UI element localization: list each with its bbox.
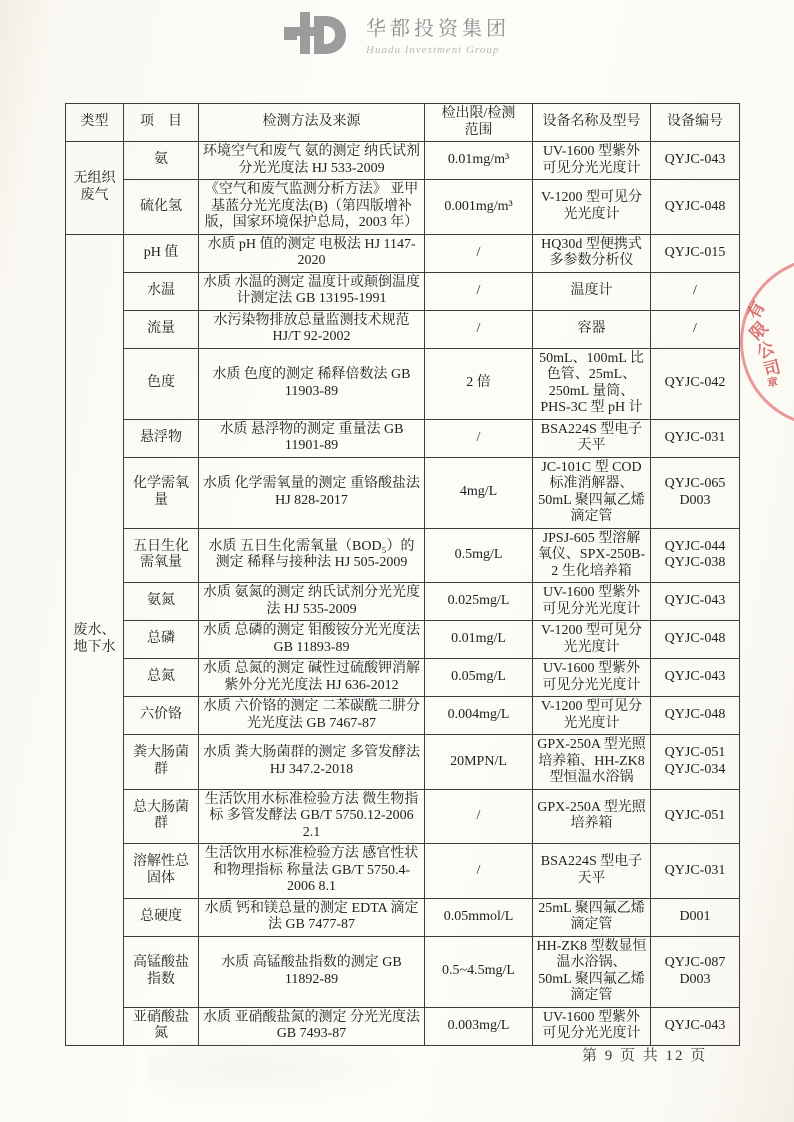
cell-method: 水质 高锰酸盐指数的测定 GB 11892-89 [199, 936, 425, 1007]
cell-limit: / [425, 844, 533, 899]
company-name-cn: 华都投资集团 [366, 12, 510, 41]
cell-item: 高锰酸盐 指数 [124, 936, 199, 1007]
cell-method: 水质 总氮的测定 碱性过硫酸钾消解紫外分光光度法 HJ 636-2012 [199, 659, 425, 697]
cell-limit: 0.004mg/L [425, 697, 533, 735]
cell-limit: 0.05mmol/L [425, 898, 533, 936]
cell-item: 氨 [124, 142, 199, 180]
cell-item: 粪大肠菌 群 [124, 735, 199, 790]
table-row: 五日生化 需氧量 水质 五日生化需氧量（BOD₅）的测定 稀释与接种法 HJ 5… [66, 528, 740, 583]
cell-item: 总硬度 [124, 898, 199, 936]
cell-equipment: GPX-250A 型光照培养箱 [533, 789, 651, 844]
cell-limit: 0.01mg/m³ [425, 142, 533, 180]
cell-item: 化学需氧 量 [124, 457, 199, 528]
cell-item: 溶解性总 固体 [124, 844, 199, 899]
cell-code: QYJC-044 QYJC-038 [651, 528, 740, 583]
table-row: 色度 水质 色度的测定 稀释倍数法 GB 11903-89 2 倍 50mL、1… [66, 348, 740, 419]
cell-equipment: UV-1600 型紫外可见分光光度计 [533, 583, 651, 621]
cell-code: / [651, 310, 740, 348]
cell-code: QYJC-048 [651, 180, 740, 235]
cell-method: 水质 五日生化需氧量（BOD₅）的测定 稀释与接种法 HJ 505-2009 [199, 528, 425, 583]
cell-code: QYJC-043 [651, 659, 740, 697]
col-header-limit: 检出限/检测 范围 [425, 104, 533, 142]
cell-equipment: JC-101C 型 COD 标准消解器、50mL 聚四氟乙烯滴定管 [533, 457, 651, 528]
col-header-code: 设备编号 [651, 104, 740, 142]
cell-limit: / [425, 310, 533, 348]
cell-equipment: V-1200 型可见分光光度计 [533, 621, 651, 659]
cell-item: 六价铬 [124, 697, 199, 735]
cell-method: 水质 悬浮物的测定 重量法 GB 11901-89 [199, 419, 425, 457]
col-header-equipment: 设备名称及型号 [533, 104, 651, 142]
cell-item: 流量 [124, 310, 199, 348]
cell-limit: / [425, 789, 533, 844]
seal-char: 司 [760, 352, 783, 380]
cell-type-group0: 无组织 废气 [66, 142, 124, 235]
cell-method: 水质 六价铬的测定 二苯碳酰二肼分光光度法 GB 7467-87 [199, 697, 425, 735]
cell-method: 水质 氨氮的测定 纳氏试剂分光光度法 HJ 535-2009 [199, 583, 425, 621]
table-row: 废水、 地下水 pH 值 水质 pH 值的测定 电极法 HJ 1147-2020… [66, 234, 740, 272]
page-header: 华都投资集团 Huadu Investment Group [0, 10, 794, 58]
col-header-item: 项 目 [124, 104, 199, 142]
cell-method: 生活饮用水标准检验方法 微生物指标 多管发酵法 GB/T 5750.12-200… [199, 789, 425, 844]
cell-code: QYJC-087 D003 [651, 936, 740, 1007]
detection-methods-table: 类型 项 目 检测方法及来源 检出限/检测 范围 设备名称及型号 设备编号 无组… [65, 103, 739, 1046]
table-row: 六价铬 水质 六价铬的测定 二苯碳酰二肼分光光度法 GB 7467-87 0.0… [66, 697, 740, 735]
cell-equipment: HH-ZK8 型数显恒温水浴锅、 50mL 聚四氟乙烯滴定管 [533, 936, 651, 1007]
cell-method: 水质 色度的测定 稀释倍数法 GB 11903-89 [199, 348, 425, 419]
cell-limit: 0.003mg/L [425, 1007, 533, 1045]
cell-code: QYJC-048 [651, 697, 740, 735]
cell-code: QYJC-043 [651, 1007, 740, 1045]
cell-code: QYJC-051 [651, 789, 740, 844]
seal-char: 有 [739, 296, 769, 323]
cell-limit: / [425, 234, 533, 272]
table-row: 化学需氧 量 水质 化学需氧量的测定 重铬酸盐法 HJ 828-2017 4mg… [66, 457, 740, 528]
table-row: 总氮 水质 总氮的测定 碱性过硫酸钾消解紫外分光光度法 HJ 636-2012 … [66, 659, 740, 697]
cell-code: QYJC-031 [651, 844, 740, 899]
cell-item: 色度 [124, 348, 199, 419]
cell-equipment: UV-1600 型紫外可见分光光度计 [533, 142, 651, 180]
cell-limit: / [425, 419, 533, 457]
seal-ring [740, 257, 794, 427]
table-row: 总大肠菌 群 生活饮用水标准检验方法 微生物指标 多管发酵法 GB/T 5750… [66, 789, 740, 844]
cell-code: / [651, 272, 740, 310]
col-header-method: 检测方法及来源 [199, 104, 425, 142]
cell-method: 水质 钙和镁总量的测定 EDTA 滴定法 GB 7477-87 [199, 898, 425, 936]
huadu-logo-icon [284, 10, 350, 58]
cell-equipment: V-1200 型可见分光光度计 [533, 180, 651, 235]
table-header-row: 类型 项 目 检测方法及来源 检出限/检测 范围 设备名称及型号 设备编号 [66, 104, 740, 142]
cell-code: D001 [651, 898, 740, 936]
cell-limit: / [425, 272, 533, 310]
cell-equipment: BSA224S 型电子天平 [533, 419, 651, 457]
table-row: 总磷 水质 总磷的测定 钼酸铵分光光度法 GB 11893-89 0.01mg/… [66, 621, 740, 659]
cell-equipment: 温度计 [533, 272, 651, 310]
page-number: 第 9 页 共 12 页 [582, 1044, 707, 1065]
table-row: 粪大肠菌 群 水质 粪大肠菌群的测定 多管发酵法 HJ 347.2-2018 2… [66, 735, 740, 790]
seal-char: 限 [743, 315, 773, 345]
table-row: 氨氮 水质 氨氮的测定 纳氏试剂分光光度法 HJ 535-2009 0.025m… [66, 583, 740, 621]
cell-limit: 0.01mg/L [425, 621, 533, 659]
cell-code: QYJC-042 [651, 348, 740, 419]
cell-limit: 0.025mg/L [425, 583, 533, 621]
cell-equipment: 容器 [533, 310, 651, 348]
cell-equipment: GPX-250A 型光照培养箱、HH-ZK8 型恒温水浴锅 [533, 735, 651, 790]
cell-code: QYJC-043 [651, 142, 740, 180]
cell-code: QYJC-048 [651, 621, 740, 659]
cell-equipment: V-1200 型可见分光光度计 [533, 697, 651, 735]
cell-equipment: HQ30d 型便携式多参数分析仪 [533, 234, 651, 272]
cell-equipment: JPSJ-605 型溶解氧仪、SPX-250B-2 生化培养箱 [533, 528, 651, 583]
table-row: 总硬度 水质 钙和镁总量的测定 EDTA 滴定法 GB 7477-87 0.05… [66, 898, 740, 936]
cell-item: 总大肠菌 群 [124, 789, 199, 844]
cell-limit: 0.05mg/L [425, 659, 533, 697]
cell-code: QYJC-051 QYJC-034 [651, 735, 740, 790]
cell-method: 水污染物排放总量监测技术规范 HJ/T 92-2002 [199, 310, 425, 348]
table-row: 高锰酸盐 指数 水质 高锰酸盐指数的测定 GB 11892-89 0.5~4.5… [66, 936, 740, 1007]
scan-smudge [150, 1040, 410, 1110]
cell-equipment: BSA224S 型电子天平 [533, 844, 651, 899]
cell-method: 水质 pH 值的测定 电极法 HJ 1147-2020 [199, 234, 425, 272]
cell-equipment: UV-1600 型紫外可见分光光度计 [533, 1007, 651, 1045]
cell-limit: 0.5~4.5mg/L [425, 936, 533, 1007]
cell-item: 总磷 [124, 621, 199, 659]
cell-limit: 2 倍 [425, 348, 533, 419]
cell-method: 水质 化学需氧量的测定 重铬酸盐法 HJ 828-2017 [199, 457, 425, 528]
cell-limit: 0.001mg/m³ [425, 180, 533, 235]
cell-method: 水质 总磷的测定 钼酸铵分光光度法 GB 11893-89 [199, 621, 425, 659]
table-row: 水温 水质 水温的测定 温度计或颠倒温度计测定法 GB 13195-1991 /… [66, 272, 740, 310]
cell-item: 五日生化 需氧量 [124, 528, 199, 583]
cell-code: QYJC-043 [651, 583, 740, 621]
cell-item: 氨氮 [124, 583, 199, 621]
cell-code: QYJC-015 [651, 234, 740, 272]
cell-code: QYJC-031 [651, 419, 740, 457]
cell-item: 悬浮物 [124, 419, 199, 457]
cell-code: QYJC-065 D003 [651, 457, 740, 528]
table-row: 硫化氢 《空气和废气监测分析方法》 亚甲基蓝分光光度法(B)（第四版增补版，国家… [66, 180, 740, 235]
cell-item: pH 值 [124, 234, 199, 272]
table-row: 无组织 废气 氨 环境空气和废气 氨的测定 纳氏试剂分光光度法 HJ 533-2… [66, 142, 740, 180]
cell-equipment: 25mL 聚四氟乙烯滴定管 [533, 898, 651, 936]
company-name-en: Huadu Investment Group [366, 44, 510, 56]
table-row: 流量 水污染物排放总量监测技术规范 HJ/T 92-2002 / 容器 / [66, 310, 740, 348]
seal-char: 公 [751, 333, 778, 363]
cell-limit: 0.5mg/L [425, 528, 533, 583]
cell-item: 水温 [124, 272, 199, 310]
cell-method: 水质 粪大肠菌群的测定 多管发酵法 HJ 347.2-2018 [199, 735, 425, 790]
cell-type-group1: 废水、 地下水 [66, 234, 124, 1045]
cell-equipment: 50mL、100mL 比色管、25mL、250mL 量筒、PHS-3C 型 pH… [533, 348, 651, 419]
cell-equipment: UV-1600 型紫外可见分光光度计 [533, 659, 651, 697]
table-row: 悬浮物 水质 悬浮物的测定 重量法 GB 11901-89 / BSA224S … [66, 419, 740, 457]
cell-method: 环境空气和废气 氨的测定 纳氏试剂分光光度法 HJ 533-2009 [199, 142, 425, 180]
cell-method: 生活饮用水标准检验方法 感官性状和物理指标 称量法 GB/T 5750.4-20… [199, 844, 425, 899]
cell-limit: 4mg/L [425, 457, 533, 528]
table-row: 溶解性总 固体 生活饮用水标准检验方法 感官性状和物理指标 称量法 GB/T 5… [66, 844, 740, 899]
cell-item: 总氮 [124, 659, 199, 697]
cell-item: 硫化氢 [124, 180, 199, 235]
cell-limit: 20MPN/L [425, 735, 533, 790]
cell-method: 《空气和废气监测分析方法》 亚甲基蓝分光光度法(B)（第四版增补版，国家环境保护… [199, 180, 425, 235]
cell-method: 水质 水温的测定 温度计或颠倒温度计测定法 GB 13195-1991 [199, 272, 425, 310]
seal-char: 章 [766, 374, 778, 391]
col-header-type: 类型 [66, 104, 124, 142]
